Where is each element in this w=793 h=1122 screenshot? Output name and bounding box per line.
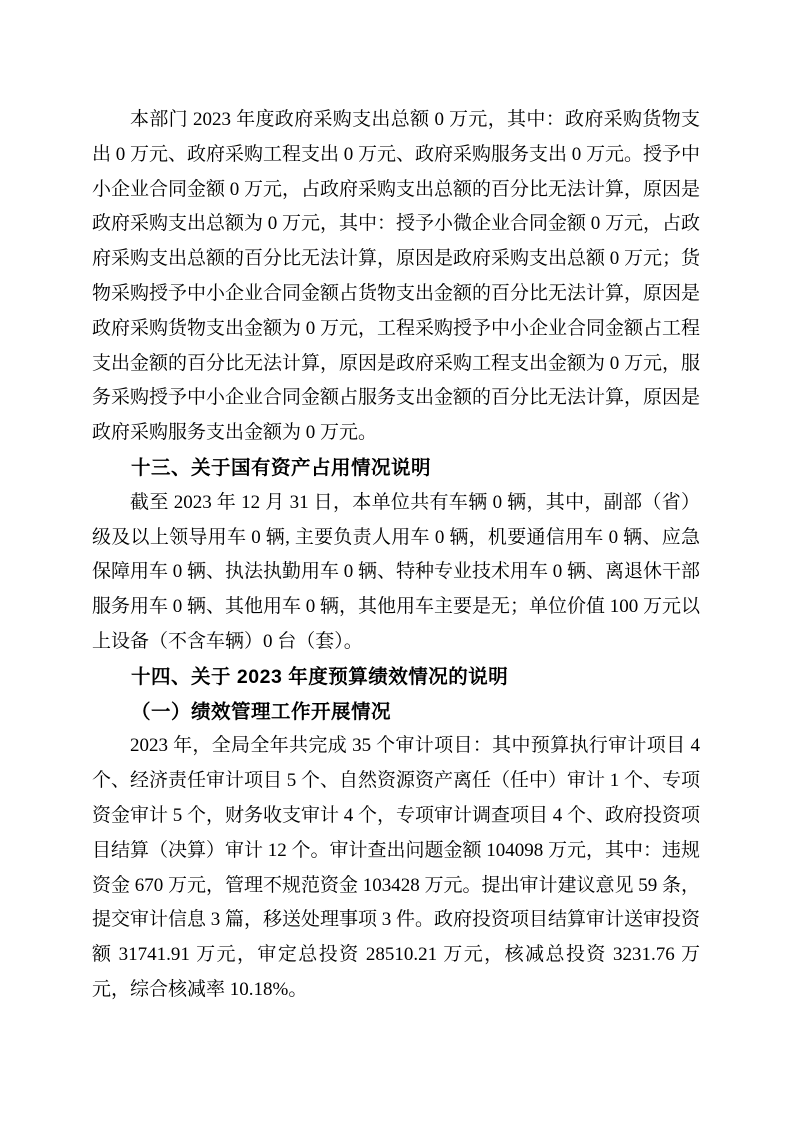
document-page: 本部门 2023 年度政府采购支出总额 0 万元，其中：政府采购货物支出 0 万… — [0, 0, 793, 1122]
procurement-paragraph: 本部门 2023 年度政府采购支出总额 0 万元，其中：政府采购货物支出 0 万… — [92, 103, 700, 451]
section-14-subsection-1-heading: （一）绩效管理工作开展情况 — [92, 695, 700, 730]
section-13-body: 截至 2023 年 12 月 31 日，本单位共有车辆 0 辆，其中，副部（省）… — [92, 486, 700, 660]
section-14-subsection-1-body: 2023 年，全局全年共完成 35 个审计项目：其中预算执行审计项目 4 个、经… — [92, 729, 700, 1007]
section-14-heading: 十四、关于 2023 年度预算绩效情况的说明 — [92, 660, 700, 695]
section-13-heading: 十三、关于国有资产占用情况说明 — [92, 451, 700, 486]
